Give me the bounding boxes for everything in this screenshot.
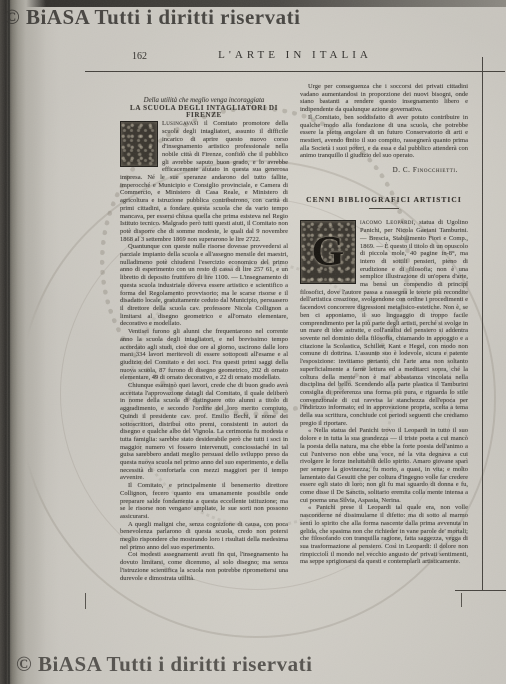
article-paragraph: Giacomo Leopardi, statua di Ugolino Pani…	[300, 219, 468, 427]
article-title: LA SCUOLA DEGLI INTAGLIATORI DI FIRENZE	[120, 105, 288, 120]
article-paragraph: « Panichi prese il Leopardi tal quale er…	[300, 504, 468, 566]
article-paragraph: Chiunque esaminò quei lavori, crede che …	[120, 382, 288, 482]
header-rule	[85, 71, 505, 72]
bottom-crop-line	[455, 590, 506, 591]
scanned-journal-page: © BiASA Tutti i diritti riservati © BiAS…	[0, 0, 506, 684]
article-paragraph: A quegli maligni che, senza cognizione d…	[120, 521, 288, 552]
author-signature: D. C. Finocchietti.	[300, 167, 468, 175]
watermark-top: © BiASA Tutti i diritti riservati	[4, 5, 300, 30]
woodcut-initial-G: G	[300, 220, 356, 284]
article-paragraph: Coi modesti assegnamenti avuti fin qui, …	[120, 551, 288, 582]
bottom-left-crop-tick	[85, 593, 86, 609]
right-column: Urge per conseguenza che i soccorsi dei …	[300, 83, 468, 566]
drop-cap-letter: G	[301, 221, 355, 283]
left-column: Della utilità che meglio venga incoraggi…	[120, 97, 288, 582]
article-paragraph: Quantunque con queste nulle risorse dove…	[120, 243, 288, 328]
watermark-bottom: © BiASA Tutti i diritti riservati	[16, 652, 312, 677]
paragraph-lead: iacomo Leopardi,	[360, 219, 416, 226]
section-divider	[369, 208, 399, 209]
right-border-line	[482, 57, 483, 591]
journal-title: L'ARTE IN ITALIA	[85, 49, 505, 61]
article-paragraph: Urge per conseguenza che i soccorsi dei …	[300, 83, 468, 114]
section-heading: CENNI BIBLIOGRAFICI ARTISTICI	[300, 196, 468, 204]
bottom-right-crop-tick	[461, 593, 462, 607]
article-paragraph: Il Comitato, e principalmente il benemer…	[120, 482, 288, 521]
paragraph-lead: Lusingavasi	[162, 120, 199, 127]
article-paragraph: Ventisei furono gli alunni che frequenta…	[120, 328, 288, 382]
article-paragraph: Lusingavasi il Comitato promotore della …	[120, 120, 288, 243]
woodcut-initial-ornament	[120, 121, 158, 167]
article-paragraph: Il Comitato, ben soddisfatto di aver pot…	[300, 114, 468, 160]
book-binding-edge	[0, 0, 46, 684]
article-paragraph: « Nella statua del Panichi trovo il Leop…	[300, 427, 468, 504]
